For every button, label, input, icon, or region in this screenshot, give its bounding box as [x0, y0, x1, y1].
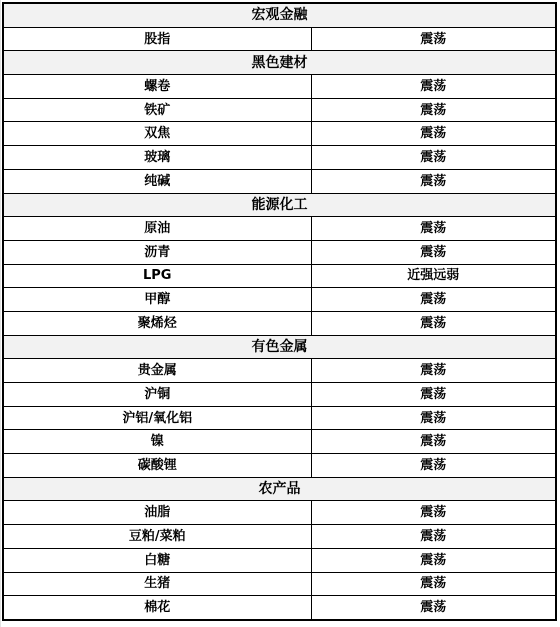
- commodity-row: 双焦震荡: [3, 122, 556, 146]
- commodity-name-cell: 螺卷: [3, 75, 311, 99]
- outlook-cell: 震荡: [311, 406, 556, 430]
- commodity-row: 贵金属震荡: [3, 359, 556, 383]
- commodity-row: 镍震荡: [3, 430, 556, 454]
- section-title: 农产品: [3, 477, 556, 501]
- section-title: 有色金属: [3, 335, 556, 359]
- section-title: 宏观金融: [3, 3, 556, 27]
- section-header-row: 能源化工: [3, 193, 556, 217]
- section-header-row: 黑色建材: [3, 51, 556, 75]
- commodity-name-cell: 贵金属: [3, 359, 311, 383]
- commodity-outlook-table: 宏观金融股指震荡黑色建材螺卷震荡铁矿震荡双焦震荡玻璃震荡纯碱震荡能源化工原油震荡…: [2, 2, 557, 621]
- outlook-cell: 震荡: [311, 548, 556, 572]
- commodity-row: 玻璃震荡: [3, 146, 556, 170]
- outlook-cell: 震荡: [311, 430, 556, 454]
- outlook-cell: 震荡: [311, 311, 556, 335]
- commodity-name-cell: 沪铜: [3, 383, 311, 407]
- commodity-name-cell: 甲醇: [3, 288, 311, 312]
- commodity-row: 白糖震荡: [3, 548, 556, 572]
- commodity-name-cell: 碳酸锂: [3, 454, 311, 478]
- commodity-name-cell: 沪铝/氧化铝: [3, 406, 311, 430]
- commodity-row: 棉花震荡: [3, 596, 556, 620]
- outlook-cell: 震荡: [311, 169, 556, 193]
- commodity-name-cell: 沥青: [3, 240, 311, 264]
- outlook-cell: 震荡: [311, 122, 556, 146]
- outlook-cell: 震荡: [311, 27, 556, 51]
- page: 宏观金融股指震荡黑色建材螺卷震荡铁矿震荡双焦震荡玻璃震荡纯碱震荡能源化工原油震荡…: [0, 0, 560, 627]
- outlook-cell: 震荡: [311, 146, 556, 170]
- commodity-row: 原油震荡: [3, 217, 556, 241]
- commodity-name-cell: 生猪: [3, 572, 311, 596]
- commodity-name-cell: 铁矿: [3, 98, 311, 122]
- commodity-row: 豆粕/菜粕震荡: [3, 525, 556, 549]
- outlook-cell: 震荡: [311, 288, 556, 312]
- outlook-cell: 震荡: [311, 98, 556, 122]
- commodity-name-cell: 棉花: [3, 596, 311, 620]
- commodity-row: 生猪震荡: [3, 572, 556, 596]
- outlook-cell: 震荡: [311, 454, 556, 478]
- outlook-cell: 近强远弱: [311, 264, 556, 288]
- commodity-row: 铁矿震荡: [3, 98, 556, 122]
- commodity-name-cell: LPG: [3, 264, 311, 288]
- commodity-row: 股指震荡: [3, 27, 556, 51]
- page-left-edge-line: [0, 0, 1, 627]
- outlook-cell: 震荡: [311, 359, 556, 383]
- commodity-outlook-table-body: 宏观金融股指震荡黑色建材螺卷震荡铁矿震荡双焦震荡玻璃震荡纯碱震荡能源化工原油震荡…: [3, 3, 556, 620]
- commodity-name-cell: 股指: [3, 27, 311, 51]
- commodity-row: 沪铝/氧化铝震荡: [3, 406, 556, 430]
- commodity-row: 甲醇震荡: [3, 288, 556, 312]
- commodity-row: 油脂震荡: [3, 501, 556, 525]
- outlook-cell: 震荡: [311, 217, 556, 241]
- section-header-row: 农产品: [3, 477, 556, 501]
- commodity-row: 纯碱震荡: [3, 169, 556, 193]
- commodity-row: LPG近强远弱: [3, 264, 556, 288]
- commodity-name-cell: 油脂: [3, 501, 311, 525]
- commodity-name-cell: 纯碱: [3, 169, 311, 193]
- commodity-row: 聚烯烃震荡: [3, 311, 556, 335]
- outlook-cell: 震荡: [311, 75, 556, 99]
- outlook-cell: 震荡: [311, 383, 556, 407]
- outlook-cell: 震荡: [311, 240, 556, 264]
- commodity-name-cell: 聚烯烃: [3, 311, 311, 335]
- outlook-cell: 震荡: [311, 525, 556, 549]
- commodity-row: 沪铜震荡: [3, 383, 556, 407]
- commodity-name-cell: 白糖: [3, 548, 311, 572]
- commodity-row: 螺卷震荡: [3, 75, 556, 99]
- section-title: 黑色建材: [3, 51, 556, 75]
- outlook-cell: 震荡: [311, 501, 556, 525]
- outlook-cell: 震荡: [311, 596, 556, 620]
- commodity-row: 沥青震荡: [3, 240, 556, 264]
- outlook-cell: 震荡: [311, 572, 556, 596]
- section-header-row: 宏观金融: [3, 3, 556, 27]
- commodity-name-cell: 双焦: [3, 122, 311, 146]
- section-header-row: 有色金属: [3, 335, 556, 359]
- commodity-name-cell: 玻璃: [3, 146, 311, 170]
- commodity-name-cell: 豆粕/菜粕: [3, 525, 311, 549]
- commodity-name-cell: 镍: [3, 430, 311, 454]
- commodity-name-cell: 原油: [3, 217, 311, 241]
- commodity-row: 碳酸锂震荡: [3, 454, 556, 478]
- section-title: 能源化工: [3, 193, 556, 217]
